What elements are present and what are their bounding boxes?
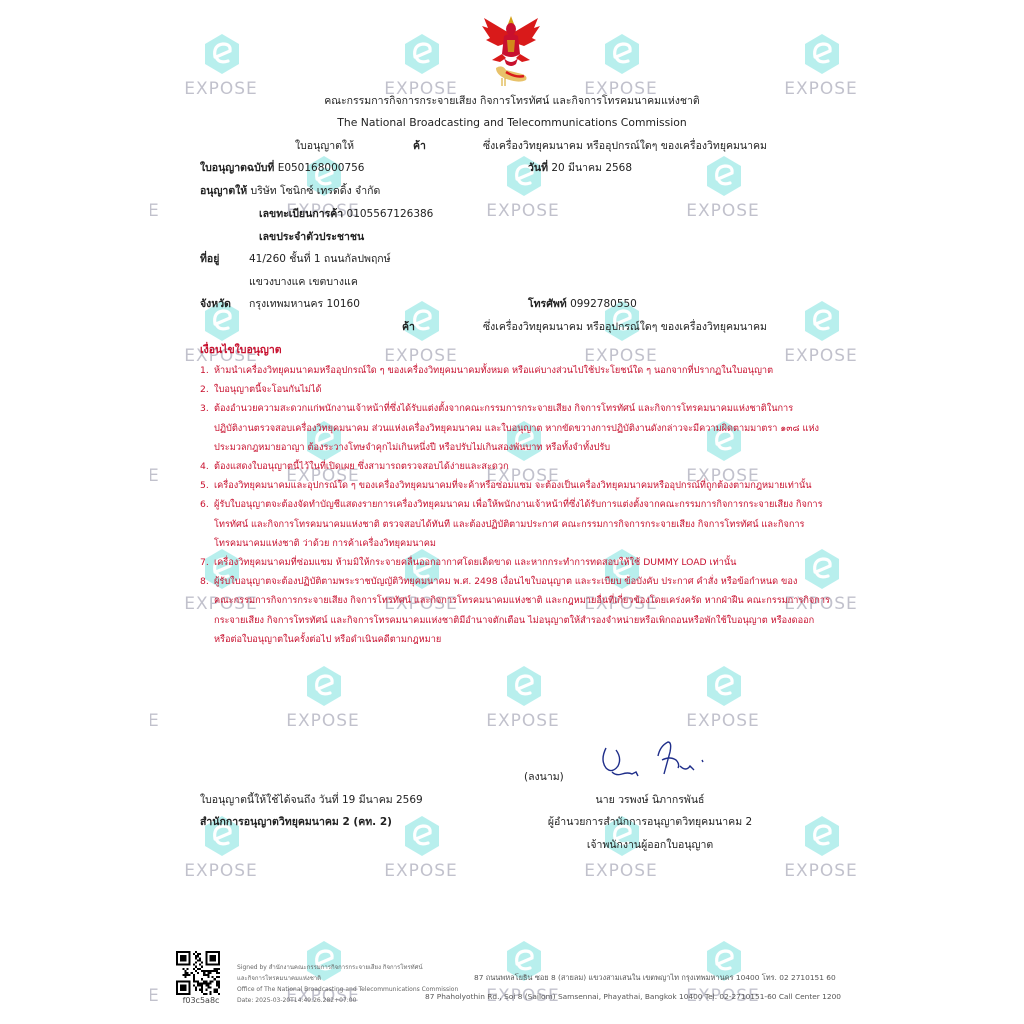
- license-number-label: ใบอนุญาตฉบับที่: [200, 162, 274, 174]
- condition-text: ต้องอำนวยความสะดวกแก่พนักงานเจ้าหน้าที่ซ…: [214, 403, 793, 414]
- registration-label: เลขทะเบียนการค้า: [259, 208, 343, 220]
- condition-continuation: คณะกรรมการกิจการกระจายเสียง กิจการโทรทัศ…: [214, 594, 830, 607]
- condition-number: 7.: [200, 556, 214, 569]
- condition-number: 8.: [200, 575, 214, 588]
- phone-label: โทรศัพท์: [528, 298, 567, 310]
- condition-number: 2.: [200, 383, 214, 396]
- address-line2: แขวงบางแค เขตบางแค: [249, 275, 358, 289]
- license-number: E050168000756: [278, 162, 365, 174]
- condition-text: ต้องแสดงใบอนุญาตนี้ไว้ในที่เปิดเผย ซึ่งส…: [214, 461, 509, 472]
- commission-title-th: คณะกรรมการกิจการกระจายเสียง กิจการโทรทัศ…: [212, 94, 812, 108]
- condition-continuation: หรือต่อใบอนุญาตในครั้งต่อไป หรือดำเนินคด…: [214, 633, 441, 646]
- license-document: EXPOSEEXPOSEEXPOSEEXPOSEEXPOSEEXPOSEEXPO…: [0, 0, 1024, 1024]
- condition-text: เครื่องวิทยุคมนาคมที่ซ่อมแซม ห้ามมิให้กร…: [214, 557, 736, 568]
- address-label: ที่อยู่: [200, 252, 219, 266]
- condition-continuation: โทรทัศน์ และกิจการโทรคมนาคมแห่งชาติ ตรวจ…: [214, 518, 805, 531]
- garuda-emblem-icon: [478, 14, 544, 86]
- footer-address-th: 87 ถนนพหลโยธิน ซอย 8 (สายลม) แขวงสามเสนใ…: [474, 973, 836, 983]
- address-line1: 41/260 ชั้นที่ 1 ถนนกัลปพฤกษ์: [249, 252, 391, 266]
- signature-label: (ลงนาม): [524, 770, 564, 784]
- signatory-name: นาย วรพงษ์ นิภากรพันธ์: [530, 793, 770, 807]
- condition-number: 3.: [200, 402, 214, 415]
- condition-continuation: กระจายเสียง กิจการโทรทัศน์ และกิจการโทรค…: [214, 614, 814, 627]
- condition-item: 4.ต้องแสดงใบอนุญาตนี้ไว้ในที่เปิดเผย ซึ่…: [200, 460, 509, 473]
- license-date-label: วันที่: [528, 162, 548, 174]
- commission-title-en: The National Broadcasting and Telecommun…: [212, 116, 812, 130]
- licensee-name: บริษัท โซนิกซ์ เทรดดิ้ง จำกัด: [251, 185, 381, 197]
- registration-row: เลขทะเบียนการค้า 0105567126386: [259, 207, 433, 221]
- condition-text: ใบอนุญาตนี้จะโอนกันไม่ได้: [214, 384, 322, 395]
- condition-continuation: โทรคมนาคมแห่งชาติ ว่าด้วย การค้าเครื่องว…: [214, 537, 436, 550]
- condition-text: เครื่องวิทยุคมนาคมและอุปกรณ์ใด ๆ ของเครื…: [214, 480, 812, 491]
- signature-icon: [598, 738, 710, 782]
- province-label: จังหวัด: [200, 297, 231, 311]
- province: กรุงเทพมหานคร 10160: [249, 297, 360, 311]
- license-type-description-2: ซึ่งเครื่องวิทยุคมนาคม หรืออุปกรณ์ใดๆ ขอ…: [483, 320, 767, 334]
- condition-number: 1.: [200, 364, 214, 377]
- licensee-row: อนุญาตให้ บริษัท โซนิกซ์ เทรดดิ้ง จำกัด: [200, 184, 380, 198]
- conditions-title: เงื่อนไขใบอนุญาต: [200, 343, 282, 357]
- phone-number: 0992780550: [570, 298, 637, 310]
- license-number-row: ใบอนุญาตฉบับที่ E050168000756: [200, 161, 365, 175]
- condition-item: 5.เครื่องวิทยุคมนาคมและอุปกรณ์ใด ๆ ของเค…: [200, 479, 812, 492]
- license-activity: ค้า: [413, 139, 426, 153]
- condition-number: 5.: [200, 479, 214, 492]
- condition-text: ห้ามนำเครื่องวิทยุคมนาคมหรืออุปกรณ์ใด ๆ …: [214, 365, 773, 376]
- signed-date: Date: 2025-03-20T14:49:26.282+07:00: [237, 996, 356, 1006]
- license-date: 20 มีนาคม 2568: [551, 162, 632, 174]
- issuing-office: สำนักการอนุญาตวิทยุคมนาคม 2 (คท. 2): [200, 815, 392, 829]
- qr-code-id: f03c5a8c: [176, 996, 226, 1005]
- condition-text: ผู้รับใบอนุญาตจะต้องปฏิบัติตามพระราชบัญญ…: [214, 576, 797, 587]
- condition-item: 1.ห้ามนำเครื่องวิทยุคมนาคมหรืออุปกรณ์ใด …: [200, 364, 773, 377]
- signatory-role: เจ้าพนักงานผู้ออกใบอนุญาต: [530, 838, 770, 852]
- signatory-position: ผู้อำนวยการสำนักการอนุญาตวิทยุคมนาคม 2: [530, 815, 770, 829]
- citizen-id-label: เลขประจำตัวประชาชน: [259, 231, 364, 243]
- license-type-prefix: ใบอนุญาตให้: [295, 139, 354, 153]
- licensee-label: อนุญาตให้: [200, 185, 247, 197]
- condition-text: ผู้รับใบอนุญาตจะต้องจัดทำบัญชีแสดงรายการ…: [214, 499, 823, 510]
- citizen-id-row: เลขประจำตัวประชาชน: [259, 230, 364, 244]
- condition-number: 4.: [200, 460, 214, 473]
- registration-number: 0105567126386: [347, 208, 434, 220]
- condition-item: 3.ต้องอำนวยความสะดวกแก่พนักงานเจ้าหน้าที…: [200, 402, 793, 415]
- condition-number: 6.: [200, 498, 214, 511]
- condition-continuation: ปฏิบัติงานตรวจสอบเครื่องวิทยุคมนาคม ส่วน…: [214, 422, 819, 435]
- condition-item: 7.เครื่องวิทยุคมนาคมที่ซ่อมแซม ห้ามมิให้…: [200, 556, 736, 569]
- phone-row: โทรศัพท์ 0992780550: [528, 297, 637, 311]
- footer-address-en: 87 Phaholyothin Rd., Soi 8 (Sailom) Sams…: [425, 992, 841, 1002]
- condition-item: 8.ผู้รับใบอนุญาตจะต้องปฏิบัติตามพระราชบั…: [200, 575, 797, 588]
- license-date-row: วันที่ 20 มีนาคม 2568: [528, 161, 632, 175]
- condition-item: 6.ผู้รับใบอนุญาตจะต้องจัดทำบัญชีแสดงรายก…: [200, 498, 823, 511]
- signed-by-line1: Signed by สำนักงานคณะกรรมการกิจการกระจาย…: [237, 963, 423, 973]
- license-activity-2: ค้า: [402, 320, 415, 334]
- signed-by-line2: และกิจการโทรคมนาคมแห่งชาติ: [237, 974, 321, 984]
- qr-code-icon[interactable]: [176, 951, 220, 995]
- license-type-description: ซึ่งเครื่องวิทยุคมนาคม หรืออุปกรณ์ใดๆ ขอ…: [483, 139, 767, 153]
- condition-item: 2.ใบอนุญาตนี้จะโอนกันไม่ได้: [200, 383, 322, 396]
- validity-text: ใบอนุญาตนี้ให้ใช้ได้จนถึง วันที่ 19 มีนา…: [200, 793, 423, 807]
- condition-continuation: ประมวลกฎหมายอาญา ต้องระวางโทษจำคุกไม่เกิ…: [214, 441, 610, 454]
